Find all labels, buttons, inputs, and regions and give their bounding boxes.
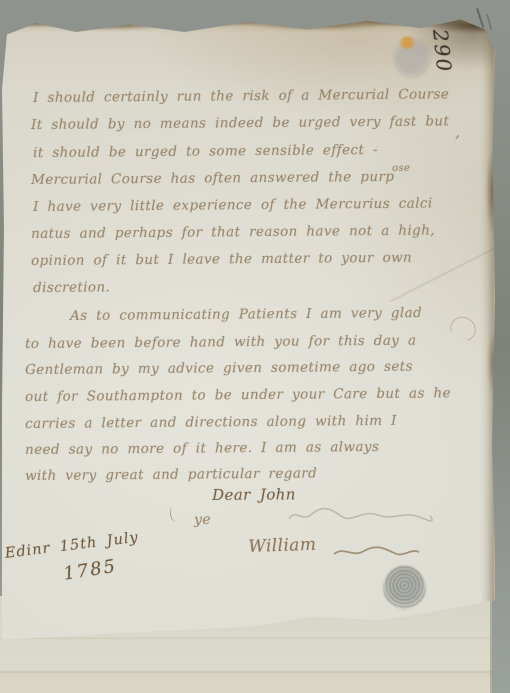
letter-line: As to communicating Patients I am very g… (70, 305, 422, 324)
letter-line: Mercurial Course has often answered the … (31, 169, 394, 188)
stamp-orange-spot (399, 36, 416, 49)
letter-line: to have been before hand with you for th… (25, 333, 416, 352)
margin-comma-mark: , (455, 123, 460, 141)
valediction: Dear John (212, 485, 296, 504)
pen-paren-mark (169, 506, 181, 523)
archive-page-number: 290 (428, 28, 456, 74)
letter-line: I should certainly run the risk of a Mer… (33, 86, 449, 106)
superscript-abbreviation: ose (392, 163, 410, 174)
embossed-blind-stamp (383, 565, 426, 610)
scanned-letter-photo: I should certainly run the risk of a Mer… (0, 0, 510, 693)
dateline-place: Edinr 15th July (4, 530, 140, 562)
faded-signature-flourish (286, 503, 434, 531)
letter-line: with very great and particular regard (25, 465, 317, 484)
letter-line: discretion. (33, 279, 110, 296)
signature-name: William (248, 535, 317, 557)
letter-line: out for Southampton to be under your Car… (25, 385, 451, 405)
dateline-year: 1785 (62, 556, 118, 585)
closing-abbreviation: ye (194, 512, 211, 528)
letter-line: it should be urged to some sensible effe… (33, 142, 378, 161)
letter-page: I should certainly run the risk of a Mer… (2, 13, 495, 647)
letter-line: Gentleman by my advice given sometime ag… (25, 359, 413, 378)
edge-pen-mark (476, 8, 484, 28)
letter-line: natus and perhaps for that reason have n… (31, 222, 435, 242)
letter-line: It should by no means indeed be urged ve… (31, 113, 449, 133)
letter-line: need say no more of it here. I am as alw… (25, 439, 379, 458)
browned-right-edge (481, 32, 495, 603)
letter-line: opinion of it but I leave the matter to … (31, 250, 412, 269)
letter-line: I have very little experience of the Mer… (33, 196, 433, 215)
pen-loop-flourish (446, 312, 480, 345)
letter-line: carries a letter and directions along wi… (25, 413, 397, 432)
edge-pen-mark (486, 14, 492, 30)
signature-tail-flourish (332, 540, 422, 564)
